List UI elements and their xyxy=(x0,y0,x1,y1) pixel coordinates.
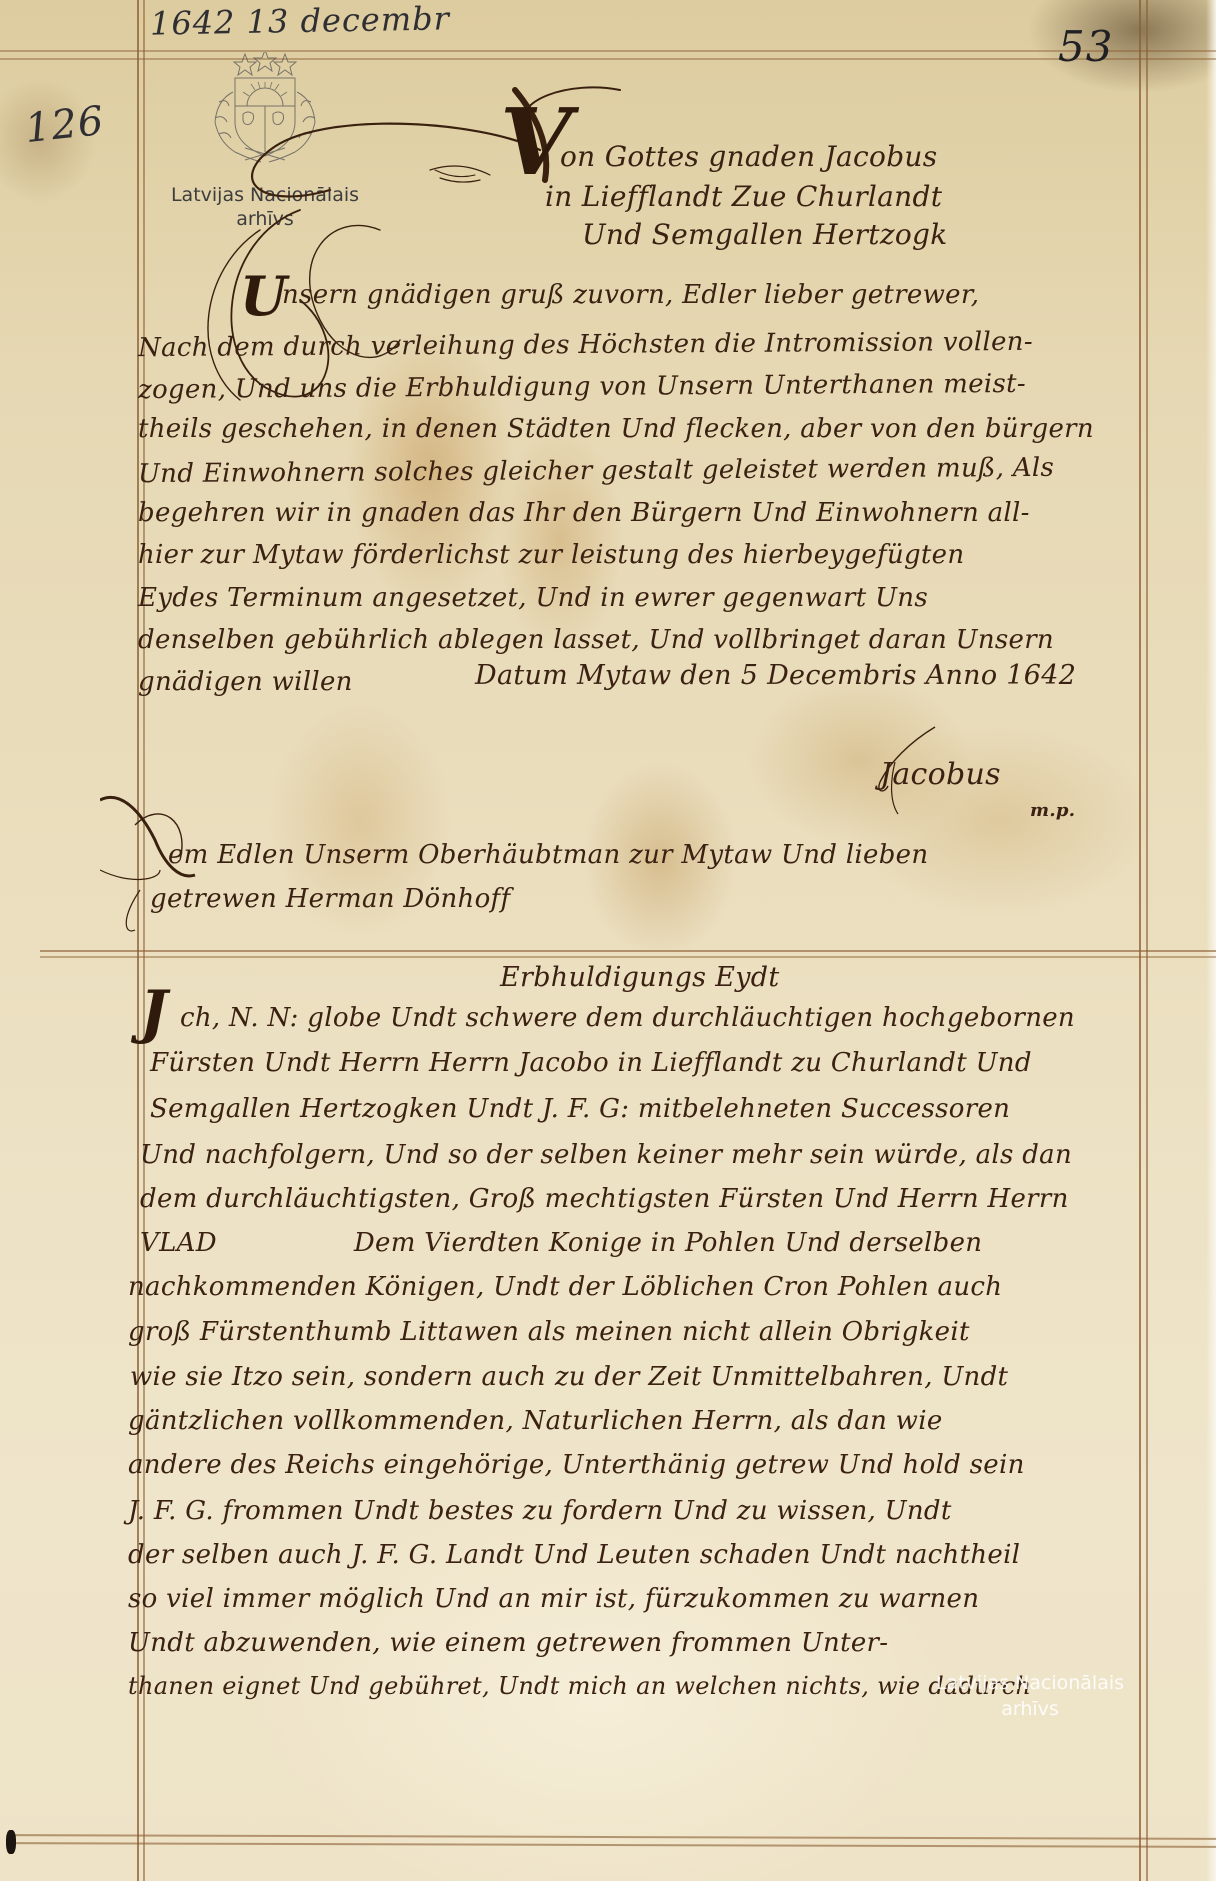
oath-title: Erbhuldigungs Eydt xyxy=(500,962,780,993)
oath-line: VLAD Dem Vierdten Konige in Pohlen Und d… xyxy=(140,1228,982,1258)
page-edge xyxy=(1206,0,1216,1881)
body-line: Eydes Terminum angesetzet, Und in ewrer … xyxy=(138,583,928,613)
watermark-subtitle: arhīvs xyxy=(165,208,365,230)
signature-paraph: m.p. xyxy=(1030,800,1075,821)
heading-line: Und Semgallen Hertzogk xyxy=(582,218,948,251)
heading-line: on Gottes gnaden Jacobus xyxy=(560,140,937,173)
archive-number: 126 xyxy=(23,98,107,152)
body-line: begehren wir in gnaden das Ihr den Bürge… xyxy=(138,498,1030,528)
manuscript-page: 1642 13 decembr 126 53 Lat xyxy=(0,0,1216,1881)
latvian-coat-of-arms-icon xyxy=(205,52,325,170)
oath-line: ch, N. N: globe Undt schwere dem durchlä… xyxy=(180,1003,1075,1033)
oath-line: gäntzlichen vollkommenden, Naturlichen H… xyxy=(128,1406,943,1436)
oath-line: nachkommenden Königen, Undt der Löbliche… xyxy=(128,1272,1002,1302)
body-line: denselben gebührlich ablegen lasset, Und… xyxy=(138,625,1054,655)
body-line: theils geschehen, in denen Städten Und f… xyxy=(138,414,1094,444)
watermark-title: Latvijas Nacionālais xyxy=(165,184,365,206)
oath-line: thanen eignet Und gebühret, Undt mich an… xyxy=(128,1672,1031,1700)
watermark-subtitle-bottom: arhīvs xyxy=(930,1698,1130,1720)
section-divider-rule-inner xyxy=(40,956,1216,958)
oath-line: Und nachfolgern, Und so der selben keine… xyxy=(140,1140,1072,1170)
body-line: gnädigen willen xyxy=(138,667,353,697)
folio-number: 53 xyxy=(1058,22,1113,71)
top-rule-inner xyxy=(0,58,1216,60)
oath-line: so viel immer möglich Und an mir ist, fü… xyxy=(128,1584,979,1614)
oath-line: Semgallen Hertzogken Undt J. F. G: mitbe… xyxy=(150,1094,1010,1124)
top-rule xyxy=(0,50,1216,52)
body-line: hier zur Mytaw förderlichst zur leistung… xyxy=(138,540,964,570)
signature: Jacobus xyxy=(880,757,1001,792)
oath-line: Undt abzuwenden, wie einem getrewen from… xyxy=(128,1628,888,1658)
watermark-title-bottom: Latvijas Nacionālais xyxy=(930,1672,1130,1694)
oath-line: groß Fürstenthumb Littawen als meinen ni… xyxy=(128,1317,970,1347)
body-line: zogen, Und uns die Erbhuldigung von Unse… xyxy=(138,369,1026,405)
bottom-rule xyxy=(10,1834,1216,1840)
body-line: nsern gnädigen gruß zuvorn, Edler lieber… xyxy=(282,280,979,310)
right-margin-rule xyxy=(1139,0,1141,1881)
body-initial: U xyxy=(240,264,287,328)
oath-line: wie sie Itzo sein, sondern auch zu der Z… xyxy=(130,1362,1008,1392)
oath-line: andere des Reichs eingehörige, Unterthän… xyxy=(128,1450,1025,1480)
oath-line: J. F. G. frommen Undt bestes zu fordern … xyxy=(128,1496,952,1526)
oath-line: der selben auch J. F. G. Landt Und Leute… xyxy=(128,1540,1020,1570)
right-margin-rule-inner xyxy=(1146,0,1148,1881)
date-note: 1642 13 decembr xyxy=(150,0,451,43)
dateline: Datum Mytaw den 5 Decembris Anno 1642 xyxy=(475,660,1076,691)
section-divider-rule xyxy=(40,950,1216,952)
body-line: Nach dem durch verleihung des Höchsten d… xyxy=(138,327,1033,363)
oath-line: Fürsten Undt Herrn Herrn Jacobo in Lieff… xyxy=(150,1048,1032,1078)
oath-initial: J xyxy=(140,978,167,1046)
oath-line: dem durchläuchtigsten, Groß mechtigsten … xyxy=(140,1184,1069,1214)
heading-line: in Liefflandt Zue Churlandt xyxy=(545,180,942,213)
body-line: Und Einwohnern solches gleicher gestalt … xyxy=(138,453,1054,489)
address-line: getrewen Herman Dönhoff xyxy=(150,884,510,914)
ink-blot xyxy=(6,1830,16,1854)
address-line: em Edlen Unserm Oberhäubtman zur Mytaw U… xyxy=(168,840,928,870)
bottom-rule-inner xyxy=(10,1842,1216,1848)
